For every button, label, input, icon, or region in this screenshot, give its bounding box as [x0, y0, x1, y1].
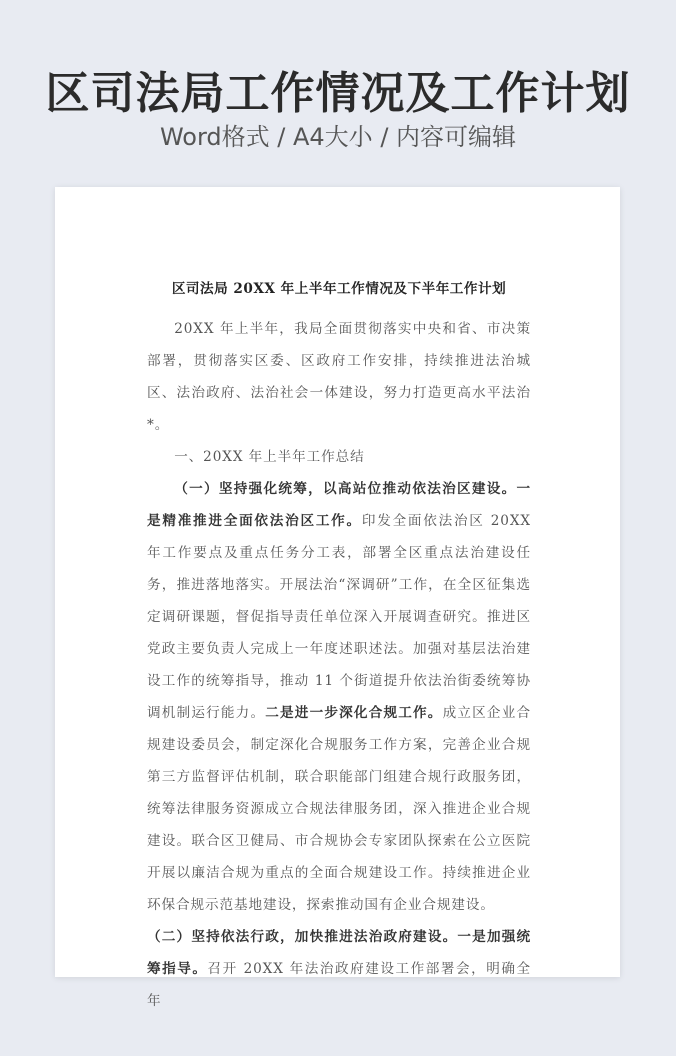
- paragraph-2: （二）坚持依法行政，加快推进法治政府建设。一是加强统筹指导。召开 20XX 年法…: [147, 921, 531, 1017]
- paragraph-1-text: 印发全面依法治区 20XX 年工作要点及重点任务分工表，部署全区重点法治建设任务…: [147, 513, 531, 721]
- intro-paragraph: 20XX 年上半年，我局全面贯彻落实中央和省、市决策部署，贯彻落实区委、区政府工…: [147, 313, 531, 441]
- paragraph-1-subheading: 二是进一步深化合规工作。: [265, 705, 442, 721]
- banner-subtitle: Word格式 / A4大小 / 内容可编辑: [0, 120, 676, 154]
- paragraph-1-text-2: 成立区企业合规建设委员会，制定深化合规服务工作方案，完善企业合规第三方监督评估机…: [147, 705, 531, 913]
- document-page: 区司法局 20XX 年上半年工作情况及下半年工作计划 20XX 年上半年，我局全…: [55, 187, 620, 977]
- banner-title: 区司法局工作情况及工作计划: [0, 66, 676, 122]
- section-heading: 一、20XX 年上半年工作总结: [147, 441, 531, 473]
- document-body: 区司法局 20XX 年上半年工作情况及下半年工作计划 20XX 年上半年，我局全…: [147, 277, 531, 1017]
- paragraph-1: （一）坚持强化统筹，以高站位推动依法治区建设。一是精准推进全面依法治区工作。印发…: [147, 473, 531, 921]
- document-title: 区司法局 20XX 年上半年工作情况及下半年工作计划: [147, 277, 531, 301]
